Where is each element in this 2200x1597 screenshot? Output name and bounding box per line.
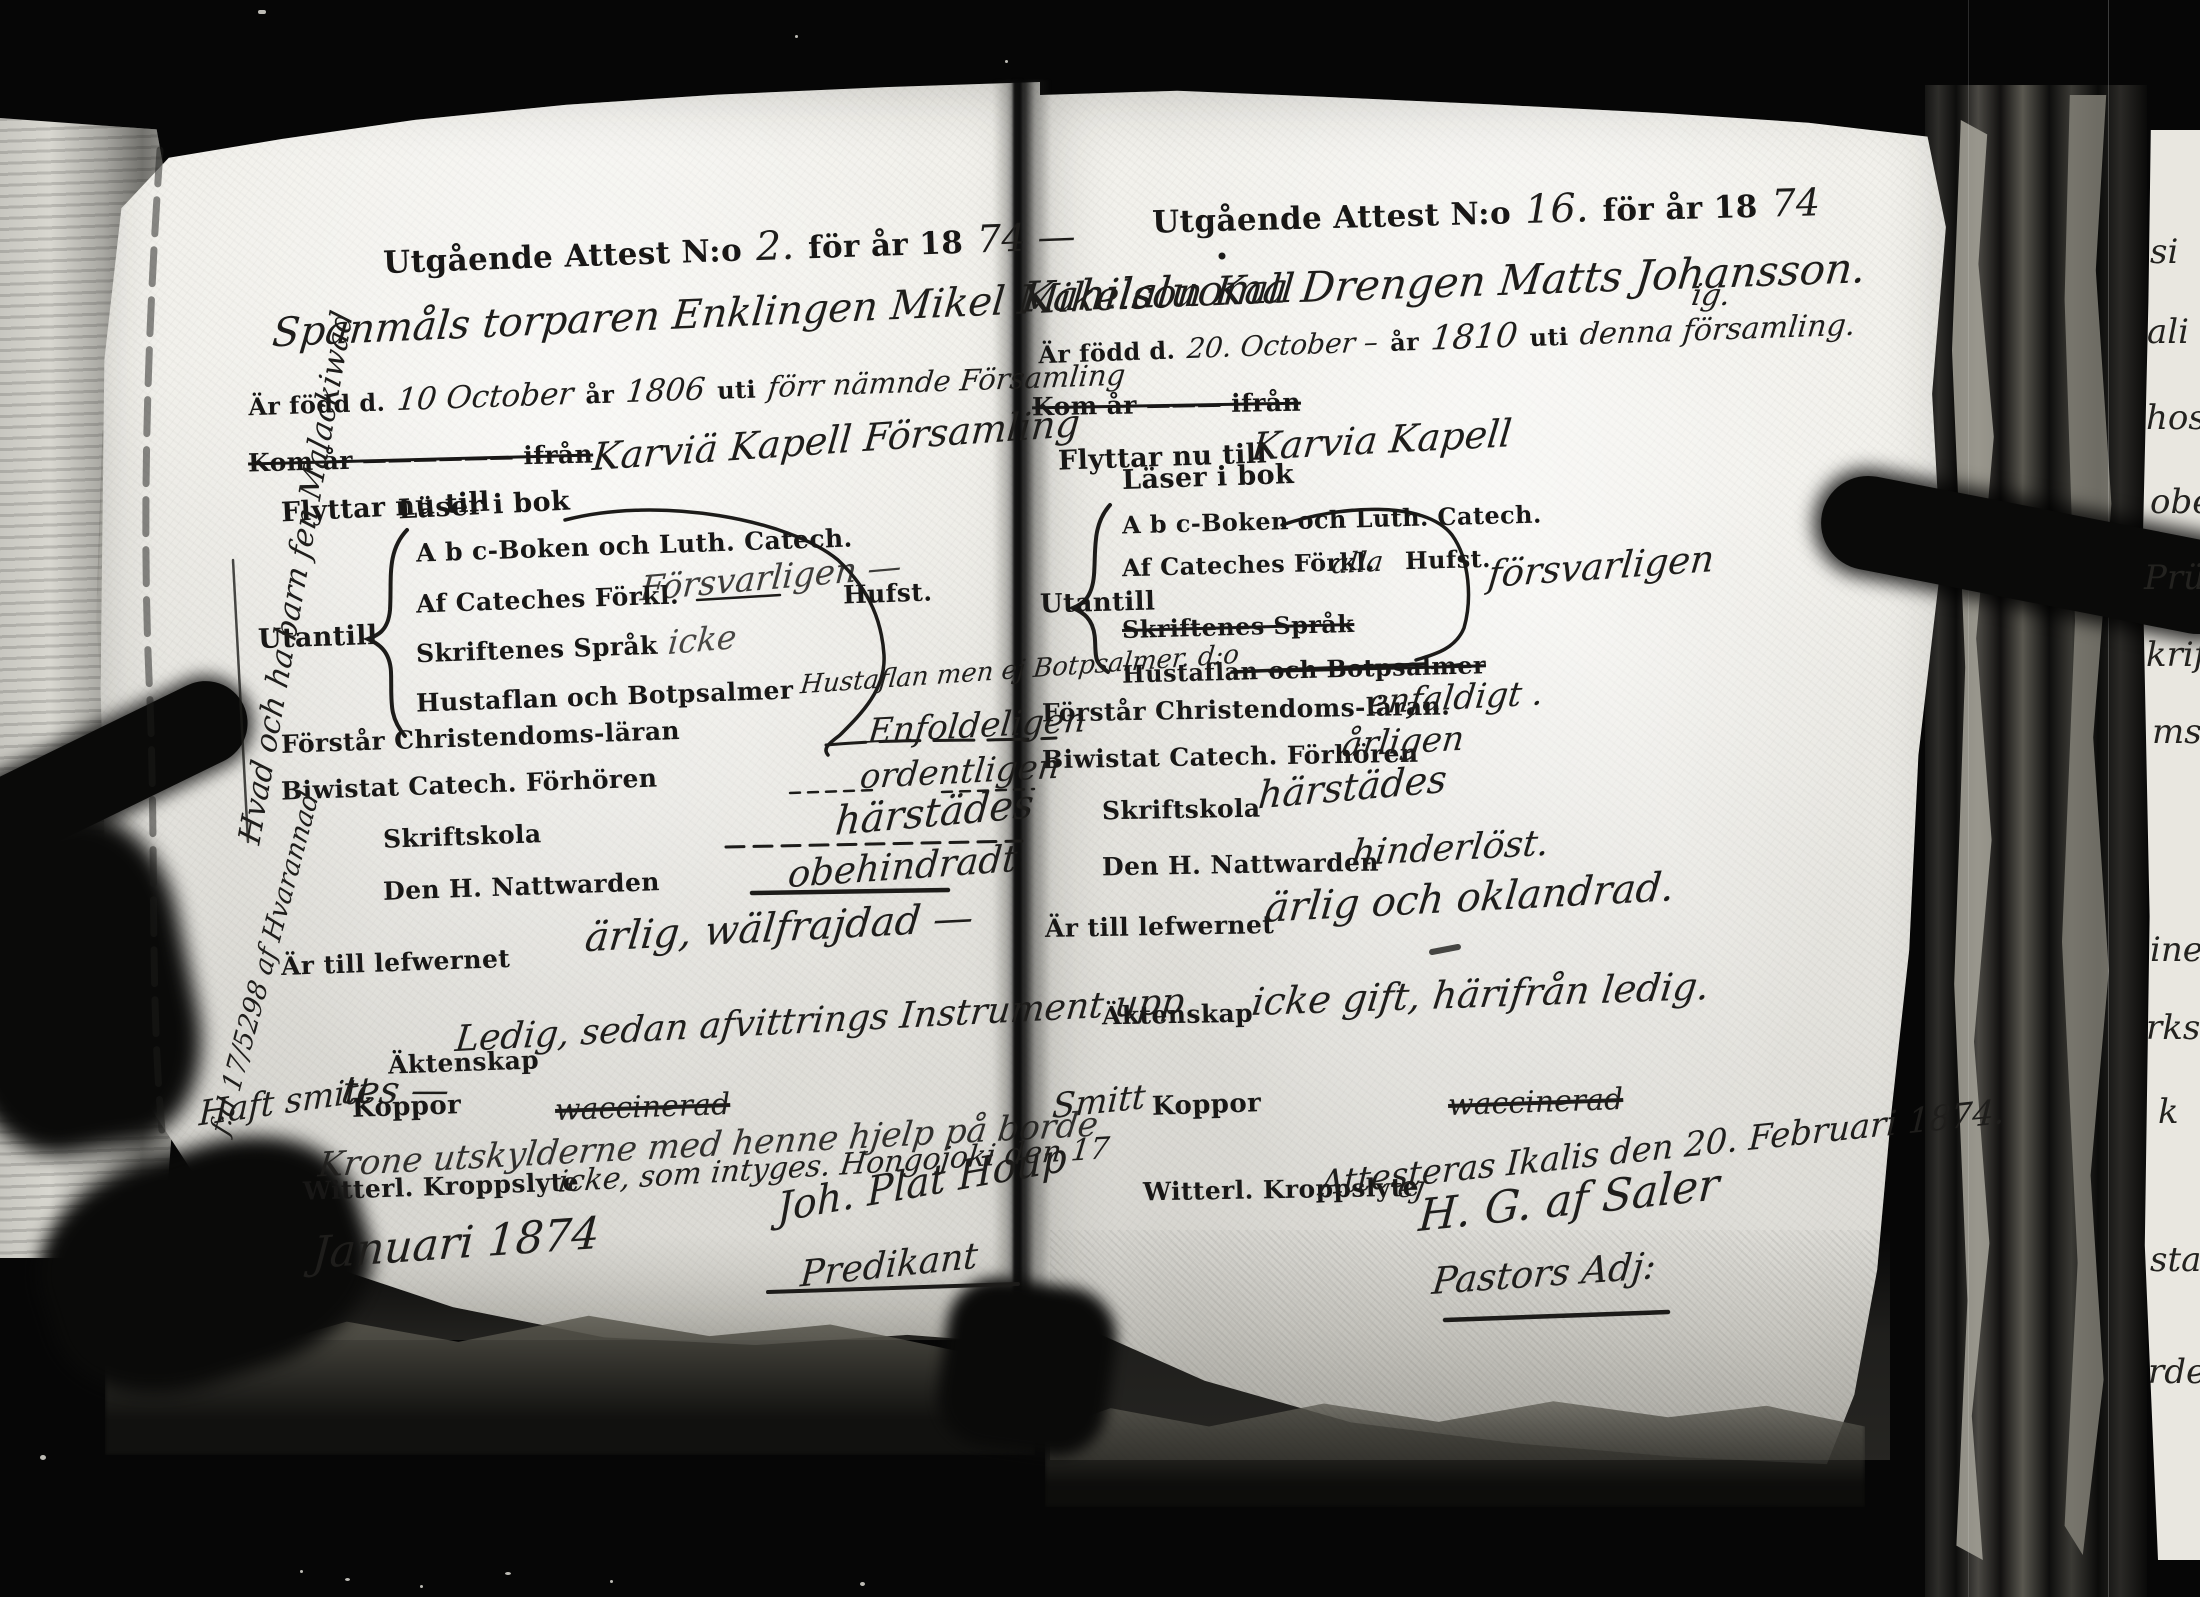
edge-fragment: Prü	[2144, 558, 2200, 598]
left-skriftenes-answer: icke	[666, 617, 738, 662]
left-attest-number: 2.	[755, 223, 795, 270]
right-lefwernet-label: Är till lefwernet	[1045, 910, 1275, 943]
right-kom-line: Kom år ——— ifrån	[1032, 388, 1301, 422]
edge-fragment: ms	[2152, 712, 2200, 752]
microfilm-scan: Utgående Attest N:o 2. för år 18 74 — Sp…	[0, 0, 2200, 1597]
film-scratch-line	[2108, 0, 2109, 1597]
right-attest-year: 74	[1771, 180, 1820, 225]
film-speck	[610, 1580, 613, 1583]
film-speck	[420, 1585, 423, 1588]
right-item-alla: alla	[1330, 545, 1385, 581]
film-speck	[300, 1570, 303, 1573]
left-item-hufst: Hufst.	[843, 577, 933, 609]
edge-fragment: kriff	[2146, 635, 2200, 675]
right-item-hufst: Hufst.	[1405, 544, 1492, 575]
edge-fragment: k	[2158, 1092, 2179, 1132]
film-scratch-line-2	[1968, 0, 1969, 1597]
right-header-mid: för år 18	[1602, 189, 1758, 229]
left-born-year-prefix: år	[585, 380, 615, 410]
left-attest-year: 74 —	[976, 214, 1076, 261]
edge-fragment: ali	[2147, 312, 2189, 352]
film-speck	[795, 35, 798, 38]
right-aktenskap-label: Äktenskap	[1102, 999, 1254, 1031]
edge-fragment: sta	[2150, 1240, 2200, 1280]
right-koppor-struck: waccinerad	[1447, 1082, 1623, 1123]
left-born-uti: uti	[717, 375, 757, 405]
right-nattward-label: Den H. Nattwarden	[1102, 848, 1379, 882]
film-speck	[1005, 60, 1008, 63]
edge-fragment: si	[2150, 232, 2178, 272]
film-speck	[505, 1572, 511, 1575]
edge-fragment: ine	[2150, 930, 2200, 970]
left-born-date: 10 October	[395, 376, 575, 418]
edge-fragment: rks	[2146, 1008, 2200, 1048]
film-speck	[345, 1578, 350, 1581]
film-speck	[860, 1582, 865, 1586]
left-koppor-struck: waccinerad	[554, 1087, 730, 1128]
right-corner-fragment: ig.	[1689, 278, 1734, 313]
right-born-uti: uti	[1529, 322, 1569, 352]
right-born-year-prefix: år	[1390, 327, 1420, 357]
right-born-year: 1810	[1429, 315, 1520, 358]
right-born-date: 20. October –	[1185, 325, 1379, 365]
left-koppor-label: Koppor	[352, 1090, 462, 1124]
right-born-label: Är född d.	[1038, 335, 1176, 369]
film-speck	[258, 10, 266, 14]
right-header-prefix: Utgående Attest N:o	[1152, 195, 1512, 240]
left-born-year: 1806	[624, 371, 707, 410]
right-attest-number: 16.	[1524, 185, 1589, 233]
right-item-hustaflan: Hustaflan	[1122, 656, 1259, 689]
right-item-skriftenes: Skriftenes Språk	[1122, 609, 1355, 644]
right-skriftskola-label: Skriftskola	[1102, 794, 1261, 826]
edge-fragment: rde	[2148, 1352, 2200, 1392]
left-header-mid: för år 18	[808, 225, 964, 266]
right-koppor-label: Koppor	[1152, 1088, 1262, 1122]
edge-fragment: obe	[2150, 482, 2200, 522]
fold-bottom-wedge	[931, 1271, 1123, 1463]
film-speck	[40, 1455, 46, 1460]
left-skriftskola-label: Skriftskola	[383, 819, 542, 854]
right-laser-label: Läser i bok	[1122, 459, 1295, 496]
edge-fragment: hos	[2146, 398, 2200, 438]
